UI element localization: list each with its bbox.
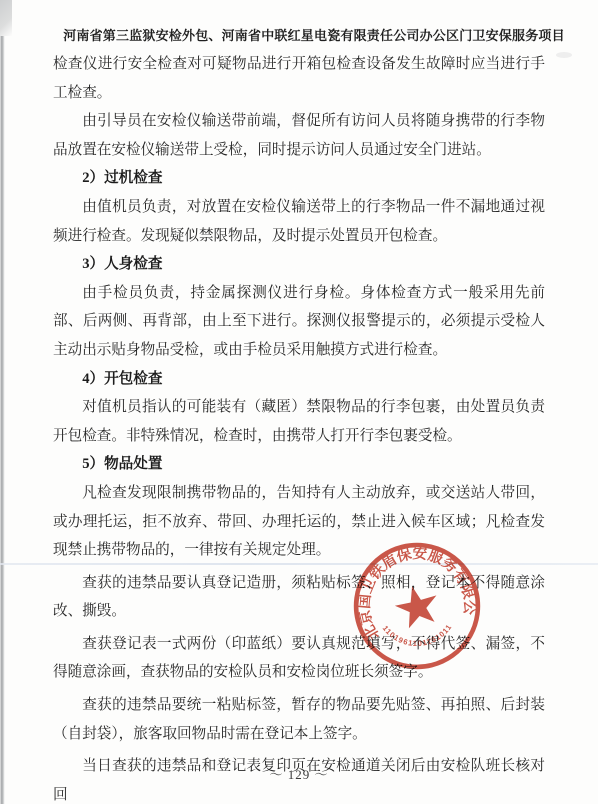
section-heading-2: 2）过机检查 [53,164,545,193]
paragraph: 查获的违禁品要认真登记造册，须粘贴标签、照相，登记本不得随意涂改、撕毁。 [53,569,545,626]
page-number: ～ 129 ～ [0,764,598,783]
paragraph: 由值机员负责，对放置在安检仪输送带上的行李物品一件不漏地通过视频进行检查。发现疑… [53,193,545,250]
document-header-title: 河南省第三监狱安检外包、河南省中联红星电瓷有限责任公司办公区门卫安保服务项目 [50,27,578,45]
paragraph: 查获登记表一式两份（印蓝纸）要认真规范填写，不得代签、漏签，不得随意涂画，查获物… [53,630,545,687]
scan-corner-shadow [0,0,12,36]
document-body: 检查仪进行安全检查对可疑物品进行开箱包检查设备发生故障时应当进行手工检查。 由引… [53,50,545,804]
paragraph: 对值机员指认的可能装有（藏匿）禁限物品的行李包裹，由处置员负责开包检查。非特殊情… [53,393,545,450]
section-heading-3: 3）人身检查 [53,250,545,279]
paragraph-continued: 检查仪进行安全检查对可疑物品进行开箱包检查设备发生故障时应当进行手工检查。 [53,50,545,107]
scan-left-edge [0,0,5,804]
scan-smudge [556,52,572,58]
section-heading-4: 4）开包检查 [53,365,545,394]
paragraph: 查获的违禁品要统一粘贴标签，暂存的物品要先贴签、再拍照、后封装（自封袋），旅客取… [53,691,545,748]
document-page: { "doc": { "header": "河南省第三监狱安检外包、河南省中联红… [0,0,598,804]
paragraph: 凡检查发现限制携带物品的，告知持有人主动放弃，或交送站人带回，或办理托运，拒不放… [53,479,545,565]
paragraph: 由引导员在安检仪输送带前端，督促所有访问人员将随身携带的行李物品放置在安检仪输送… [53,107,545,164]
paragraph: 由手检员负责，持金属探测仪进行身检。身体检查方式一般采用先前部、后两侧、再背部，… [53,279,545,365]
section-heading-5: 5）物品处置 [53,450,545,479]
